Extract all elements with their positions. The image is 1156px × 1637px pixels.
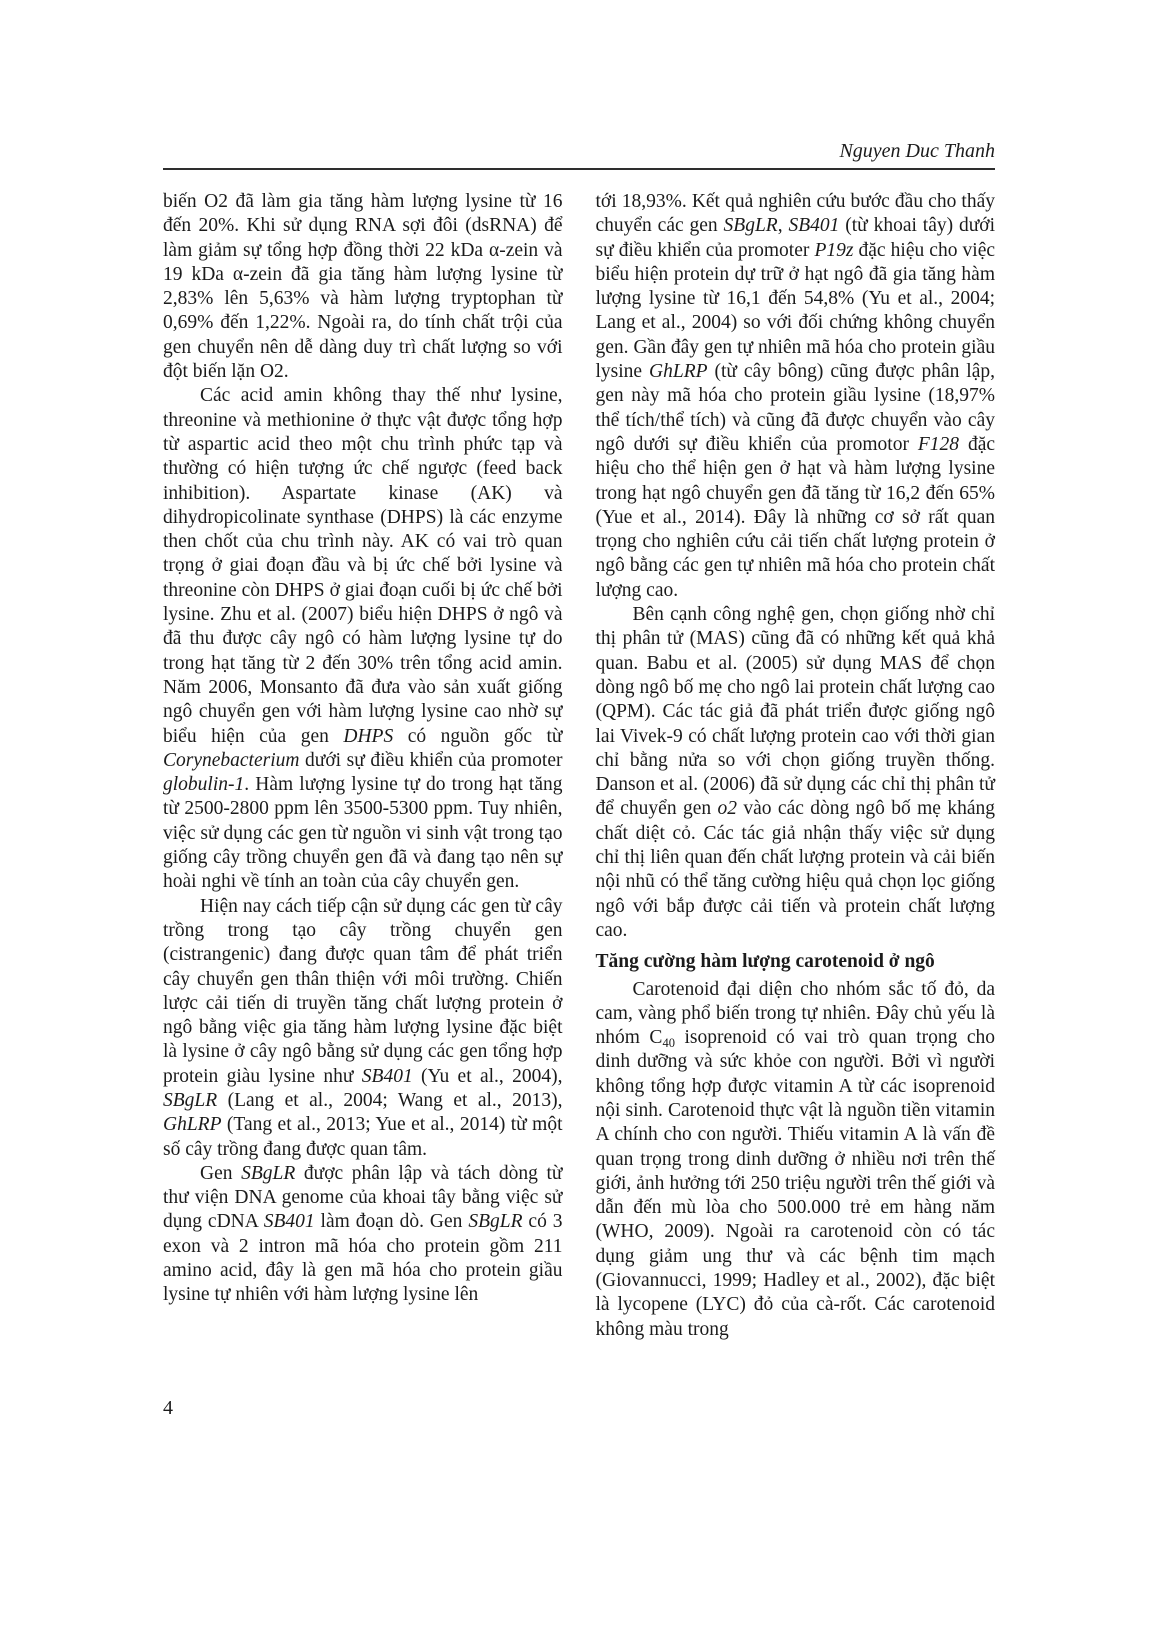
text-run: F128 bbox=[918, 434, 959, 455]
paragraph: biến O2 đã làm gia tăng hàm lượng lysine… bbox=[163, 190, 563, 384]
text-columns: biến O2 đã làm gia tăng hàm lượng lysine… bbox=[163, 190, 995, 1342]
text-run: vào các dòng ngô bố mẹ kháng chất diệt c… bbox=[596, 798, 996, 940]
text-run: làm đoạn dò. Gen bbox=[315, 1211, 469, 1232]
text-run: , bbox=[778, 215, 789, 236]
running-head-author: Nguyen Duc Thanh bbox=[163, 139, 995, 163]
page-number: 4 bbox=[163, 1396, 173, 1420]
text-run: Hiện nay cách tiếp cận sử dụng các gen t… bbox=[163, 896, 563, 1087]
text-run: (Yu et al., 2004), bbox=[413, 1066, 563, 1087]
header-rule bbox=[163, 168, 995, 170]
document-page: Nguyen Duc Thanh biến O2 đã làm gia tăng… bbox=[0, 0, 1156, 1637]
right-column: tới 18,93%. Kết quả nghiên cứu bước đầu … bbox=[596, 190, 996, 1342]
text-run: (Lang et al., 2004; Wang et al., 2013), bbox=[217, 1090, 562, 1111]
text-run: SBgLR bbox=[468, 1211, 522, 1232]
text-run: GhLRP bbox=[649, 361, 708, 382]
text-run: SB401 bbox=[788, 215, 839, 236]
text-run: (Tang et al., 2013; Yue et al., 2014) từ… bbox=[163, 1114, 563, 1159]
paragraph: Các acid amin không thay thế như lysine,… bbox=[163, 384, 563, 894]
text-run: SBgLR bbox=[241, 1163, 295, 1184]
text-run: Gen bbox=[200, 1163, 241, 1184]
text-run: GhLRP bbox=[163, 1114, 222, 1135]
text-run: o2 bbox=[718, 798, 738, 819]
text-run: SBgLR bbox=[163, 1090, 217, 1111]
paragraph: tới 18,93%. Kết quả nghiên cứu bước đầu … bbox=[596, 190, 996, 603]
text-run: SB401 bbox=[264, 1211, 315, 1232]
text-run: P19z bbox=[814, 240, 853, 261]
text-run: dưới sự điều khiển của promoter bbox=[299, 750, 562, 771]
text-run: SB401 bbox=[362, 1066, 413, 1087]
text-run: biến O2 đã làm gia tăng hàm lượng lysine… bbox=[163, 191, 563, 382]
text-run: đặc hiệu cho thể hiện gen ở hạt và hàm l… bbox=[596, 434, 996, 601]
text-run: globulin-1 bbox=[163, 774, 244, 795]
section-heading: Tăng cường hàm lượng carotenoid ở ngô bbox=[596, 950, 996, 974]
paragraph: Bên cạnh công nghệ gen, chọn giống nhờ c… bbox=[596, 603, 996, 943]
paragraph: Gen SBgLR được phân lập và tách dòng từ … bbox=[163, 1162, 563, 1308]
text-run: isoprenoid có vai trò quan trọng cho din… bbox=[596, 1027, 996, 1340]
text-run: Corynebacterium bbox=[163, 750, 299, 771]
text-run: Các acid amin không thay thế như lysine,… bbox=[163, 385, 563, 746]
text-run: Bên cạnh công nghệ gen, chọn giống nhờ c… bbox=[596, 604, 996, 819]
paragraph: Carotenoid đại diện cho nhóm sắc tố đỏ, … bbox=[596, 978, 996, 1342]
left-column: biến O2 đã làm gia tăng hàm lượng lysine… bbox=[163, 190, 563, 1342]
text-run: SBgLR bbox=[724, 215, 778, 236]
text-run: DHPS bbox=[343, 726, 393, 747]
paragraph: Hiện nay cách tiếp cận sử dụng các gen t… bbox=[163, 895, 563, 1162]
text-run: 40 bbox=[662, 1036, 675, 1050]
text-run: có nguồn gốc từ bbox=[393, 726, 562, 747]
